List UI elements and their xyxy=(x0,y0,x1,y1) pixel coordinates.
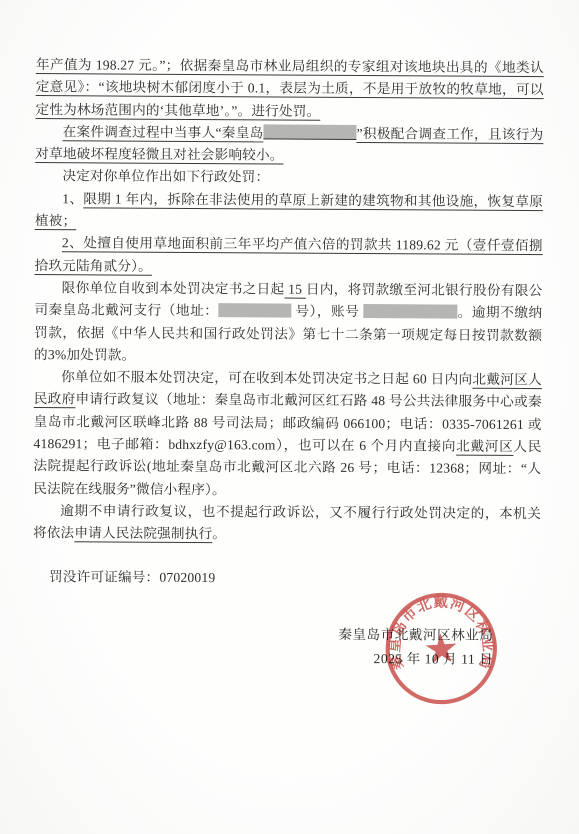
text-segment: 。 xyxy=(212,526,226,541)
appraisal-findings: 年产值为 198.27 元。”；依据秦皇岛市林业局组织的专家组对该地块出具的《地… xyxy=(36,54,544,124)
document-scan-area: 年产值为 198.27 元。”；依据秦皇岛市林业局组织的专家组对该地块出具的《地… xyxy=(0,0,579,834)
official-seal: 秦皇岛市北戴河区林业局 xyxy=(379,586,504,711)
decision-intro: 决定对你单位作出如下行政处罚： xyxy=(35,166,543,191)
text-segment: 2、处擅自使用草地面积前三年平均产值六倍的罚款共 1189.62 元（壹仟壹佰捌… xyxy=(35,236,543,274)
seal-star-icon xyxy=(425,632,458,663)
text-segment: 1、 xyxy=(62,191,83,206)
scanned-document-page: 年产值为 198.27 元。”；依据秦皇岛市林业局组织的专家组对该地块出具的《地… xyxy=(0,0,579,834)
redaction-box xyxy=(263,124,356,140)
seal-arc-text: 秦皇岛市北戴河区林业局 xyxy=(382,590,498,679)
appeal-rights: 你单位如不服本处罚决定，可在收到本处罚决定书之日起 60 日内向北戴河区人民政府… xyxy=(33,366,542,503)
text-segment: 你单位如不服本处罚决定，可在收到本处罚决定书之日起 60 日内向 xyxy=(61,369,472,387)
enforcement-warning: 逾期不申请行政复议，也不提起行政诉讼，又不履行行政处罚决定的，本机关将依法申请人… xyxy=(33,500,541,548)
payment-instructions: 限你单位自收到本处罚决定书之日起 15 日内，将罚款缴至河北银行股份有限公司秦皇… xyxy=(34,277,543,369)
redaction-box xyxy=(363,304,457,319)
text-segment: 限你单位自收到本处罚决定书之日起 xyxy=(62,280,285,296)
text-segment: 15 xyxy=(284,282,306,297)
text-segment: 号），账号 xyxy=(291,304,363,319)
text-segment: 北戴河区 xyxy=(456,439,513,454)
redaction-box xyxy=(218,303,291,317)
text-segment: 申请人民法院强制执行 xyxy=(74,526,212,542)
penalty-item-2: 2、处擅自使用草地面积前三年平均产值六倍的罚款共 1189.62 元（壹仟壹佰捌… xyxy=(35,232,543,280)
text-segment: 年产值为 198.27 元。”；依据秦皇岛市林业局组织的专家组对该地块出具的《地… xyxy=(36,57,544,118)
text-segment: 在案件调查过程中当事人“秦皇岛 xyxy=(63,124,264,140)
cooperation-statement: 在案件调查过程中当事人“秦皇岛”积极配合调查工作，且该行为对草地破坏程度轻微且对… xyxy=(35,121,543,169)
text-segment: 决定对你单位作出如下行政处罚： xyxy=(62,169,269,185)
penalty-item-1: 1、限期 1 年内，拆除在非法使用的草原上新建的建筑物和其他设施，恢复草原植被； xyxy=(35,188,543,236)
document-body: 年产值为 198.27 元。”；依据秦皇岛市林业局组织的专家组对该地块出具的《地… xyxy=(33,54,544,591)
body-paragraphs: 年产值为 198.27 元。”；依据秦皇岛市林业局组织的专家组对该地块出具的《地… xyxy=(33,54,544,548)
text-segment: 限期 1 年内，拆除在非法使用的草原上新建的建筑物和其他设施，恢复草原植被； xyxy=(35,191,543,228)
